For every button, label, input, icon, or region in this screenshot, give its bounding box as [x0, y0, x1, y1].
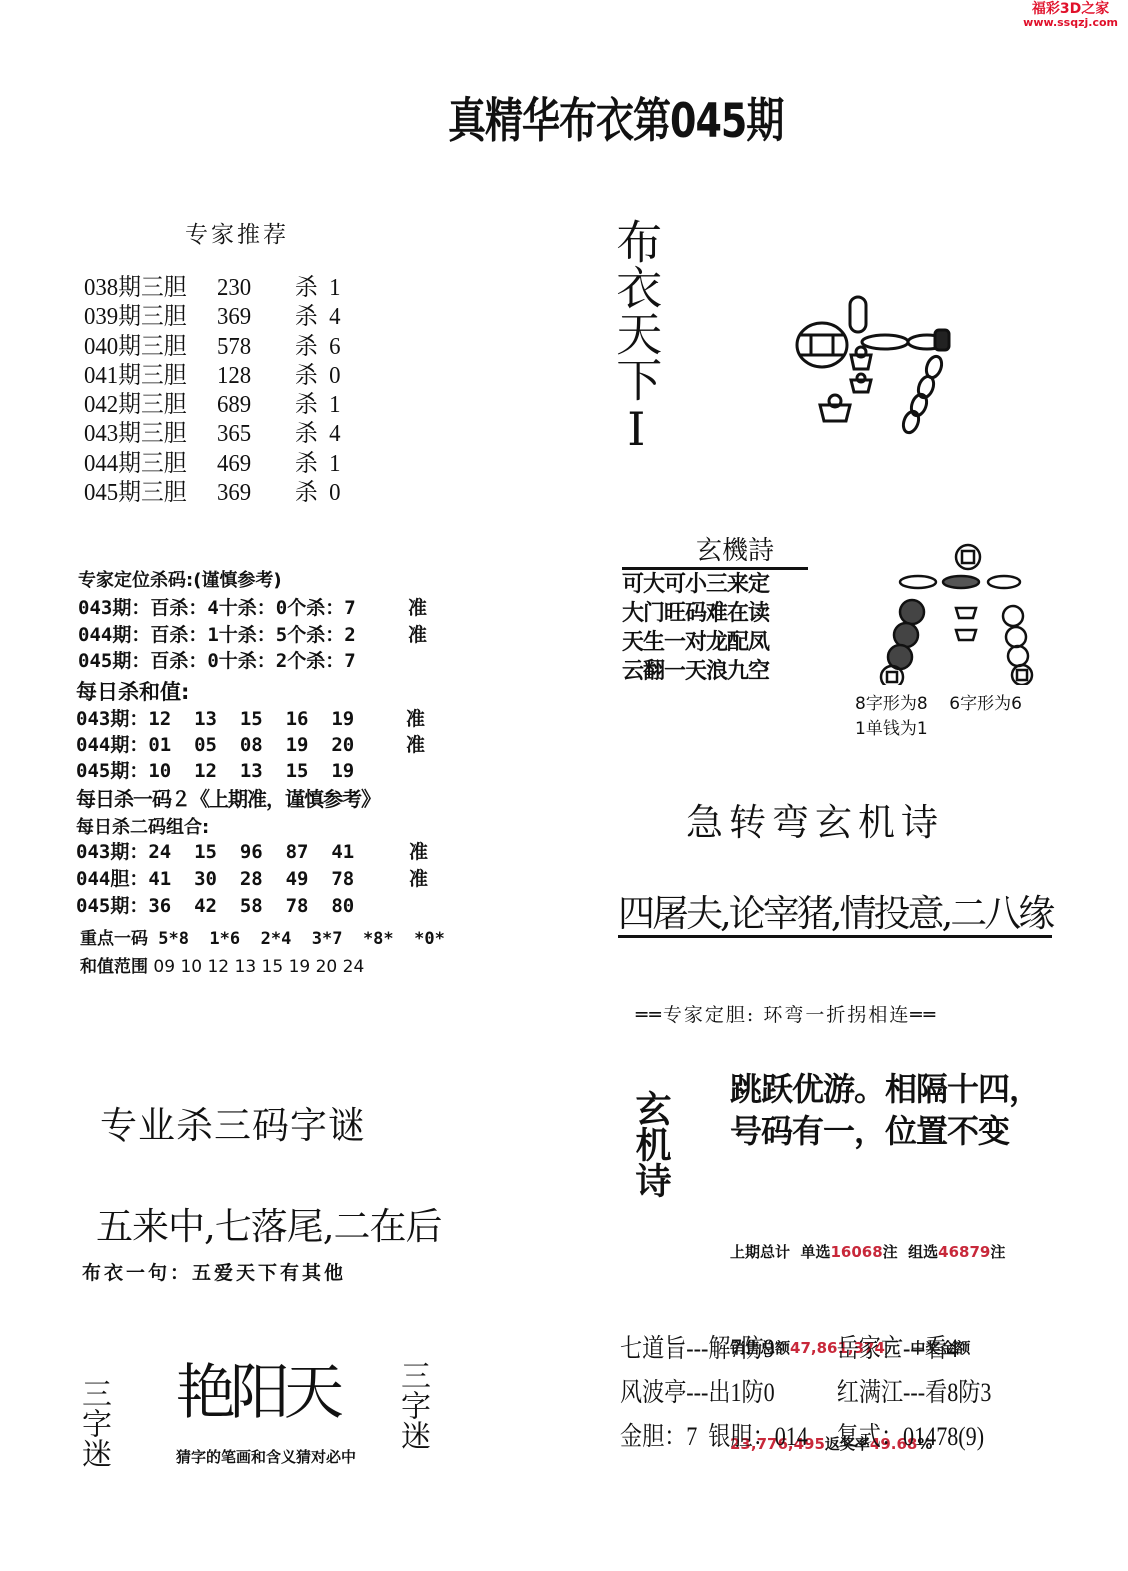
list-item: 039期三胆369杀4 — [84, 303, 341, 332]
kill-number: 6 — [329, 333, 340, 362]
list-item: 044期：百杀：1十杀：5个杀：2准 — [78, 622, 438, 649]
issue-label: 038期三胆 — [84, 274, 217, 303]
poem-line: 可大可小三来定 — [622, 570, 808, 599]
hit-mark: 准 — [408, 622, 427, 649]
riddle-text: 五来中,七落尾,二在后 — [96, 1196, 442, 1250]
row-text: 045期：10 12 13 15 19 — [76, 760, 354, 782]
stat-value: 16068 — [830, 1243, 882, 1261]
hit-mark: 准 — [409, 839, 428, 866]
expert-recommend-title: 专家推荐 — [185, 216, 289, 249]
kill-number: 1 — [329, 391, 340, 420]
issue-label: 043期三胆 — [84, 420, 217, 449]
stat-label: 组选 — [908, 1243, 938, 1261]
dan-numbers: 128 — [217, 362, 295, 391]
hint-right: 红满江---看8防3 — [837, 1371, 992, 1415]
stat-unit: 注 — [883, 1243, 898, 1261]
row-text: 044胆：41 30 28 49 78 — [76, 868, 354, 890]
kill-number: 4 — [329, 303, 340, 332]
watermark-url: www.ssqzj.com — [1023, 17, 1118, 29]
stat-value: 46879 — [938, 1243, 990, 1261]
daily-sum-section: 每日杀和值: 043期：12 13 15 16 19准 044期：01 05 0… — [76, 676, 436, 784]
kill-number: 1 — [329, 450, 340, 479]
kill-label: 杀 — [295, 420, 329, 449]
hint-right: 复式：01478(9) — [837, 1415, 984, 1459]
kill-label: 杀 — [295, 391, 329, 420]
xuanji-line: 跳跃优游。相隔十四， — [730, 1068, 1040, 1110]
issue-label: 041期三胆 — [84, 362, 217, 391]
list-item: 044期：01 05 08 19 20准 — [76, 732, 436, 758]
xuanji-vertical-title: 玄机诗 — [628, 1090, 673, 1198]
list-item: 045期：百杀：0十杀：2个杀：7 — [78, 648, 438, 675]
list-item: 044胆：41 30 28 49 78准 — [76, 866, 446, 893]
stat-label: 上期总计 — [730, 1243, 790, 1261]
kill-label: 杀 — [295, 479, 329, 508]
riddle-word-hint: 猜字的笔画和含义猜对必中 — [176, 1446, 356, 1468]
dan-numbers: 369 — [217, 479, 295, 508]
dan-numbers: 469 — [217, 450, 295, 479]
poem-line: 云翻一天浪九空 — [622, 657, 808, 686]
expert-recommend-list: 038期三胆230杀1 039期三胆369杀4 040期三胆578杀6 041期… — [84, 274, 354, 508]
row-text: 044期：百杀：1十杀：5个杀：2 — [78, 624, 356, 646]
list-item: 043期：24 15 96 87 41准 — [76, 839, 446, 866]
issue-label: 044期三胆 — [84, 450, 217, 479]
page-title: 真精华布衣第045期 — [448, 82, 783, 151]
kill-number: 4 — [329, 420, 340, 449]
issue-label: 040期三胆 — [84, 333, 217, 362]
three-char-label-right: 三字迷 — [397, 1360, 427, 1450]
poem-title: 玄機詩 — [622, 535, 808, 570]
hit-mark: 准 — [406, 706, 425, 732]
row-text: 045期：36 42 58 78 80 — [76, 895, 354, 917]
daily-kill-one: 每日杀一码２《上期准，谨慎参考》 — [76, 783, 380, 812]
hit-mark: 准 — [409, 866, 428, 893]
dan-numbers: 230 — [217, 274, 295, 303]
issue-label: 042期三胆 — [84, 391, 217, 420]
mystic-poem-box: 玄機詩 可大可小三来定 大门旺码难在读 天生一对龙配凤 云翻一天浪九空 — [622, 535, 808, 686]
bottom-hints: 七道旨---解7防9岳家亡---看4 风波亭---出1防0红满江---看8防3 … — [620, 1327, 1057, 1459]
list-item: 043期三胆365杀4 — [84, 420, 341, 449]
xuanji-text: 跳跃优游。相隔十四， 号码有一，位置不变 — [730, 1068, 1040, 1152]
list-item: 金胆：7 银胆：014复式：01478(9) — [620, 1415, 991, 1459]
issue-label: 039期三胆 — [84, 303, 217, 332]
hint-left: 风波亭---出1防0 — [620, 1371, 837, 1415]
kill-label: 杀 — [295, 333, 329, 362]
list-item: 045期三胆369杀0 — [84, 479, 341, 508]
section-title: 每日杀二码组合: — [76, 813, 446, 839]
hint-left: 金胆：7 银胆：014 — [620, 1415, 837, 1459]
xuanji-line: 号码有一，位置不变 — [730, 1110, 1040, 1152]
list-item: 041期三胆128杀0 — [84, 362, 341, 391]
list-item: 044期三胆469杀1 — [84, 450, 341, 479]
list-item: 风波亭---出1防0红满江---看8防3 — [620, 1371, 991, 1415]
list-item: 045期：36 42 58 78 80 — [76, 893, 446, 920]
row-text: 044期：01 05 08 19 20 — [76, 734, 354, 756]
list-item: 038期三胆230杀1 — [84, 274, 341, 303]
riddle-word: 艳阳天 — [176, 1345, 338, 1431]
hit-mark: 准 — [408, 595, 427, 622]
coin-figure-8-icon — [878, 540, 1038, 685]
kill-label: 杀 — [295, 303, 329, 332]
shape-caption: 8字形为8 6字形为61单钱为1 — [855, 692, 1022, 742]
caption-line: 1单钱为1 — [855, 717, 1022, 742]
kill-label: 杀 — [295, 274, 329, 303]
watermark-title: 福彩3D之家 — [1023, 2, 1118, 17]
poem-line: 大门旺码难在读 — [622, 599, 808, 628]
coin-figure-7-icon — [795, 290, 975, 440]
buyi-vertical-title: 布衣天下Ⅰ — [612, 218, 660, 456]
focus-label: 重点一码 — [80, 929, 148, 949]
range-values: 09 10 12 13 15 19 20 24 — [153, 957, 364, 977]
row-text: 043期：12 13 15 16 19 — [76, 708, 354, 730]
site-watermark: 福彩3D之家 www.ssqzj.com — [1023, 2, 1118, 28]
row-text: 043期：24 15 96 87 41 — [76, 841, 354, 863]
focus-values: 5*8 1*6 2*4 3*7 *8* *0* — [158, 929, 445, 949]
stat-unit: 注 — [990, 1243, 1005, 1261]
list-item: 040期三胆578杀6 — [84, 333, 341, 362]
list-item: 043期：12 13 15 16 19准 — [76, 706, 436, 732]
row-text: 043期：百杀：4十杀：0个杀：7 — [78, 597, 356, 619]
issue-label: 045期三胆 — [84, 479, 217, 508]
section-title: 专家定位杀码:(谨慎参考) — [78, 566, 438, 592]
riddle-hint: 布衣一句：五爱天下有其他 — [82, 1258, 346, 1285]
daily-kill-two-section: 每日杀二码组合: 043期：24 15 96 87 41准 044胆：41 30… — [76, 813, 446, 920]
position-kill-section: 专家定位杀码:(谨慎参考) 043期：百杀：4十杀：0个杀：7准 044期：百杀… — [78, 566, 438, 675]
expert-dan-line: ══专家定胆: 环弯一折拐相连══ — [636, 1000, 937, 1027]
kill-label: 杀 — [295, 450, 329, 479]
stat-label: 单选 — [800, 1243, 830, 1261]
row-text: 045期：百杀：0十杀：2个杀：7 — [78, 650, 356, 672]
list-item: 043期：百杀：4十杀：0个杀：7准 — [78, 595, 438, 622]
hint-right: 岳家亡---看4 — [837, 1327, 959, 1371]
range-label: 和值范围 — [80, 957, 148, 977]
dan-numbers: 365 — [217, 420, 295, 449]
sharp-turn-line: 四屠夫,论宰猪,情投意,二八缘 — [618, 893, 1052, 938]
focus-code-row: 重点一码 5*8 1*6 2*4 3*7 *8* *0* — [80, 924, 445, 949]
riddle-title: 专业杀三码字谜 — [100, 1095, 366, 1149]
stats-row: 上期总计 单选16068注 组选46879注 — [730, 1236, 1005, 1268]
kill-number: 0 — [329, 479, 340, 508]
dan-numbers: 578 — [217, 333, 295, 362]
kill-number: 0 — [329, 362, 340, 391]
list-item: 七道旨---解7防9岳家亡---看4 — [620, 1327, 991, 1371]
three-char-label-left: 三字迷 — [78, 1378, 108, 1468]
section-title: 每日杀和值: — [76, 676, 436, 706]
hint-left: 七道旨---解7防9 — [620, 1327, 837, 1371]
poem-line: 天生一对龙配凤 — [622, 628, 808, 657]
sharp-turn-title: 急转弯玄机诗 — [686, 792, 944, 846]
sum-range-row: 和值范围 09 10 12 13 15 19 20 24 — [80, 952, 364, 977]
kill-number: 1 — [329, 274, 340, 303]
dan-numbers: 689 — [217, 391, 295, 420]
hit-mark: 准 — [406, 732, 425, 758]
list-item: 045期：10 12 13 15 19 — [76, 758, 436, 784]
list-item: 042期三胆689杀1 — [84, 391, 341, 420]
dan-numbers: 369 — [217, 303, 295, 332]
caption-line: 8字形为8 6字形为6 — [855, 692, 1022, 717]
kill-label: 杀 — [295, 362, 329, 391]
